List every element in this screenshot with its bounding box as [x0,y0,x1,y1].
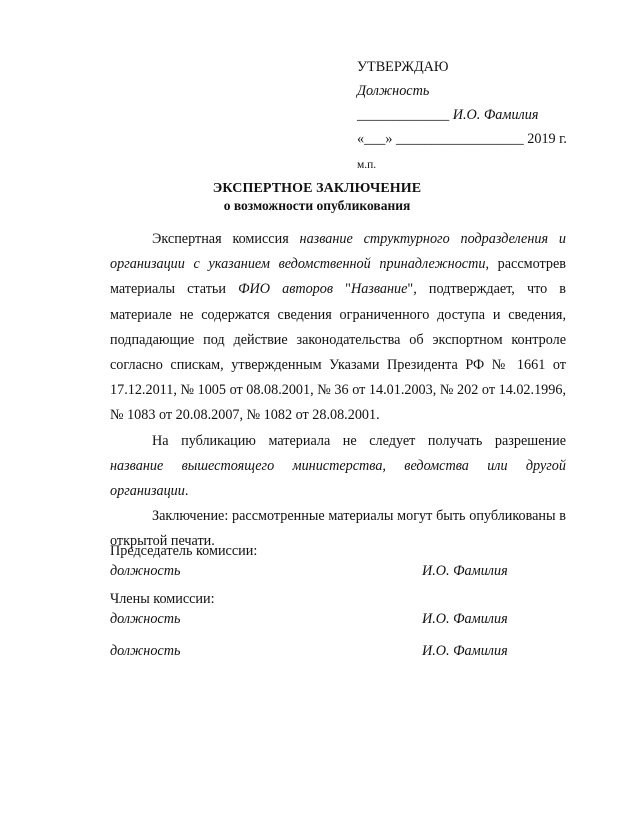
date-day-blank: ___ [364,131,385,147]
authors-placeholder: ФИО авторов [238,281,333,297]
document-title: ЭКСПЕРТНОЕ ЗАКЛЮЧЕНИЕ о возможности опуб… [0,180,634,214]
member-row: должность И.О. Фамилия [110,641,510,661]
title-main: ЭКСПЕРТНОЕ ЗАКЛЮЧЕНИЕ [0,180,634,197]
ministry-placeholder: название вышестоящего министерства, ведо… [110,458,566,499]
text-run: " [333,281,351,297]
text-run: Экспертная комиссия [152,231,300,247]
member-position: должность [110,643,180,659]
chairman-row: должность И.О. Фамилия [110,561,510,581]
document-body: Экспертная комиссия название структурног… [110,227,566,555]
paragraph-permission: На публикацию материала не следует получ… [110,429,566,505]
paragraph-commission: Экспертная комиссия название структурног… [110,227,566,429]
member-name: И.О. Фамилия [422,641,508,661]
date-year: 2019 г. [527,131,567,147]
chairman-name: И.О. Фамилия [422,561,508,581]
article-title-placeholder: Название [351,281,407,297]
chairman-label: Председатель комиссии: [110,541,510,561]
approval-date-line: «___» __________________ 2019 г. [357,127,577,151]
text-run: . [185,483,189,499]
approver-position: Должность [357,79,577,103]
approval-heading: УТВЕРЖДАЮ [357,55,577,79]
member-name: И.О. Фамилия [422,609,508,629]
signatures-block: Председатель комиссии: должность И.О. Фа… [110,541,510,661]
stamp-place: м.п. [357,154,577,176]
chairman-position: должность [110,563,180,579]
approval-block: УТВЕРЖДАЮ Должность _____________ И.О. Ф… [357,55,577,176]
title-sub: о возможности опубликования [0,197,634,214]
approver-name: И.О. Фамилия [453,107,539,123]
date-month-blank: __________________ [396,131,524,147]
member-position: должность [110,611,180,627]
approver-signature-line: _____________ И.О. Фамилия [357,103,577,127]
text-run: ", подтверждает, что в материале не соде… [110,281,566,423]
date-close-quote: » [385,131,392,147]
text-run: На публикацию материала не следует получ… [152,433,566,449]
member-row: должность И.О. Фамилия [110,609,510,629]
signature-blank: _____________ [357,107,449,123]
members-label: Члены комиссии: [110,589,510,609]
